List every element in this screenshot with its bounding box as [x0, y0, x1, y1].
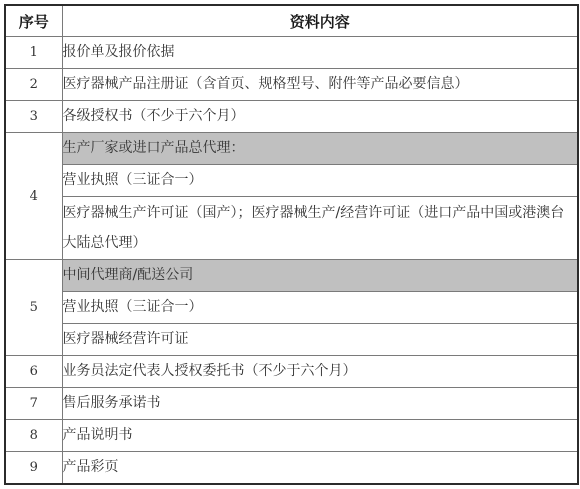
- row-index: 3: [5, 101, 62, 133]
- row-index: 9: [5, 452, 62, 485]
- table-row: 9 产品彩页: [5, 452, 578, 485]
- group-item: 医疗器械生产许可证（国产）；医疗器械生产/经营许可证（进口产品中国或港澳台大陆总…: [62, 197, 578, 260]
- row-content: 产品彩页: [62, 452, 578, 485]
- table-row: 8 产品说明书: [5, 420, 578, 452]
- table-subrow: 医疗器械生产许可证（国产）；医疗器械生产/经营许可证（进口产品中国或港澳台大陆总…: [5, 197, 578, 260]
- row-index: 5: [5, 260, 62, 356]
- table-row: 7 售后服务承诺书: [5, 388, 578, 420]
- group-title: 生产厂家或进口产品总代理：: [62, 133, 578, 165]
- row-content: 售后服务承诺书: [62, 388, 578, 420]
- row-index: 2: [5, 69, 62, 101]
- header-index: 序号: [5, 5, 62, 37]
- header-content: 资料内容: [62, 5, 578, 37]
- table-row: 3 各级授权书（不少于六个月）: [5, 101, 578, 133]
- table-row-group-header: 4 生产厂家或进口产品总代理：: [5, 133, 578, 165]
- row-content: 各级授权书（不少于六个月）: [62, 101, 578, 133]
- row-content: 业务员法定代表人授权委托书（不少于六个月）: [62, 356, 578, 388]
- group-item: 营业执照（三证合一）: [62, 165, 578, 197]
- row-content: 产品说明书: [62, 420, 578, 452]
- group-item: 医疗器械经营许可证: [62, 324, 578, 356]
- table-subrow: 医疗器械经营许可证: [5, 324, 578, 356]
- row-index: 4: [5, 133, 62, 260]
- table-row: 6 业务员法定代表人授权委托书（不少于六个月）: [5, 356, 578, 388]
- table-row: 2 医疗器械产品注册证（含首页、规格型号、附件等产品必要信息）: [5, 69, 578, 101]
- table-subrow: 营业执照（三证合一）: [5, 165, 578, 197]
- group-item: 营业执照（三证合一）: [62, 292, 578, 324]
- materials-table: 序号 资料内容 1 报价单及报价依据 2 医疗器械产品注册证（含首页、规格型号、…: [4, 4, 579, 485]
- row-index: 1: [5, 37, 62, 69]
- row-index: 7: [5, 388, 62, 420]
- table-row: 1 报价单及报价依据: [5, 37, 578, 69]
- table-row-group-header: 5 中间代理商/配送公司: [5, 260, 578, 292]
- row-index: 6: [5, 356, 62, 388]
- table-header-row: 序号 资料内容: [5, 5, 578, 37]
- group-title: 中间代理商/配送公司: [62, 260, 578, 292]
- row-content: 报价单及报价依据: [62, 37, 578, 69]
- row-index: 8: [5, 420, 62, 452]
- row-content: 医疗器械产品注册证（含首页、规格型号、附件等产品必要信息）: [62, 69, 578, 101]
- table-subrow: 营业执照（三证合一）: [5, 292, 578, 324]
